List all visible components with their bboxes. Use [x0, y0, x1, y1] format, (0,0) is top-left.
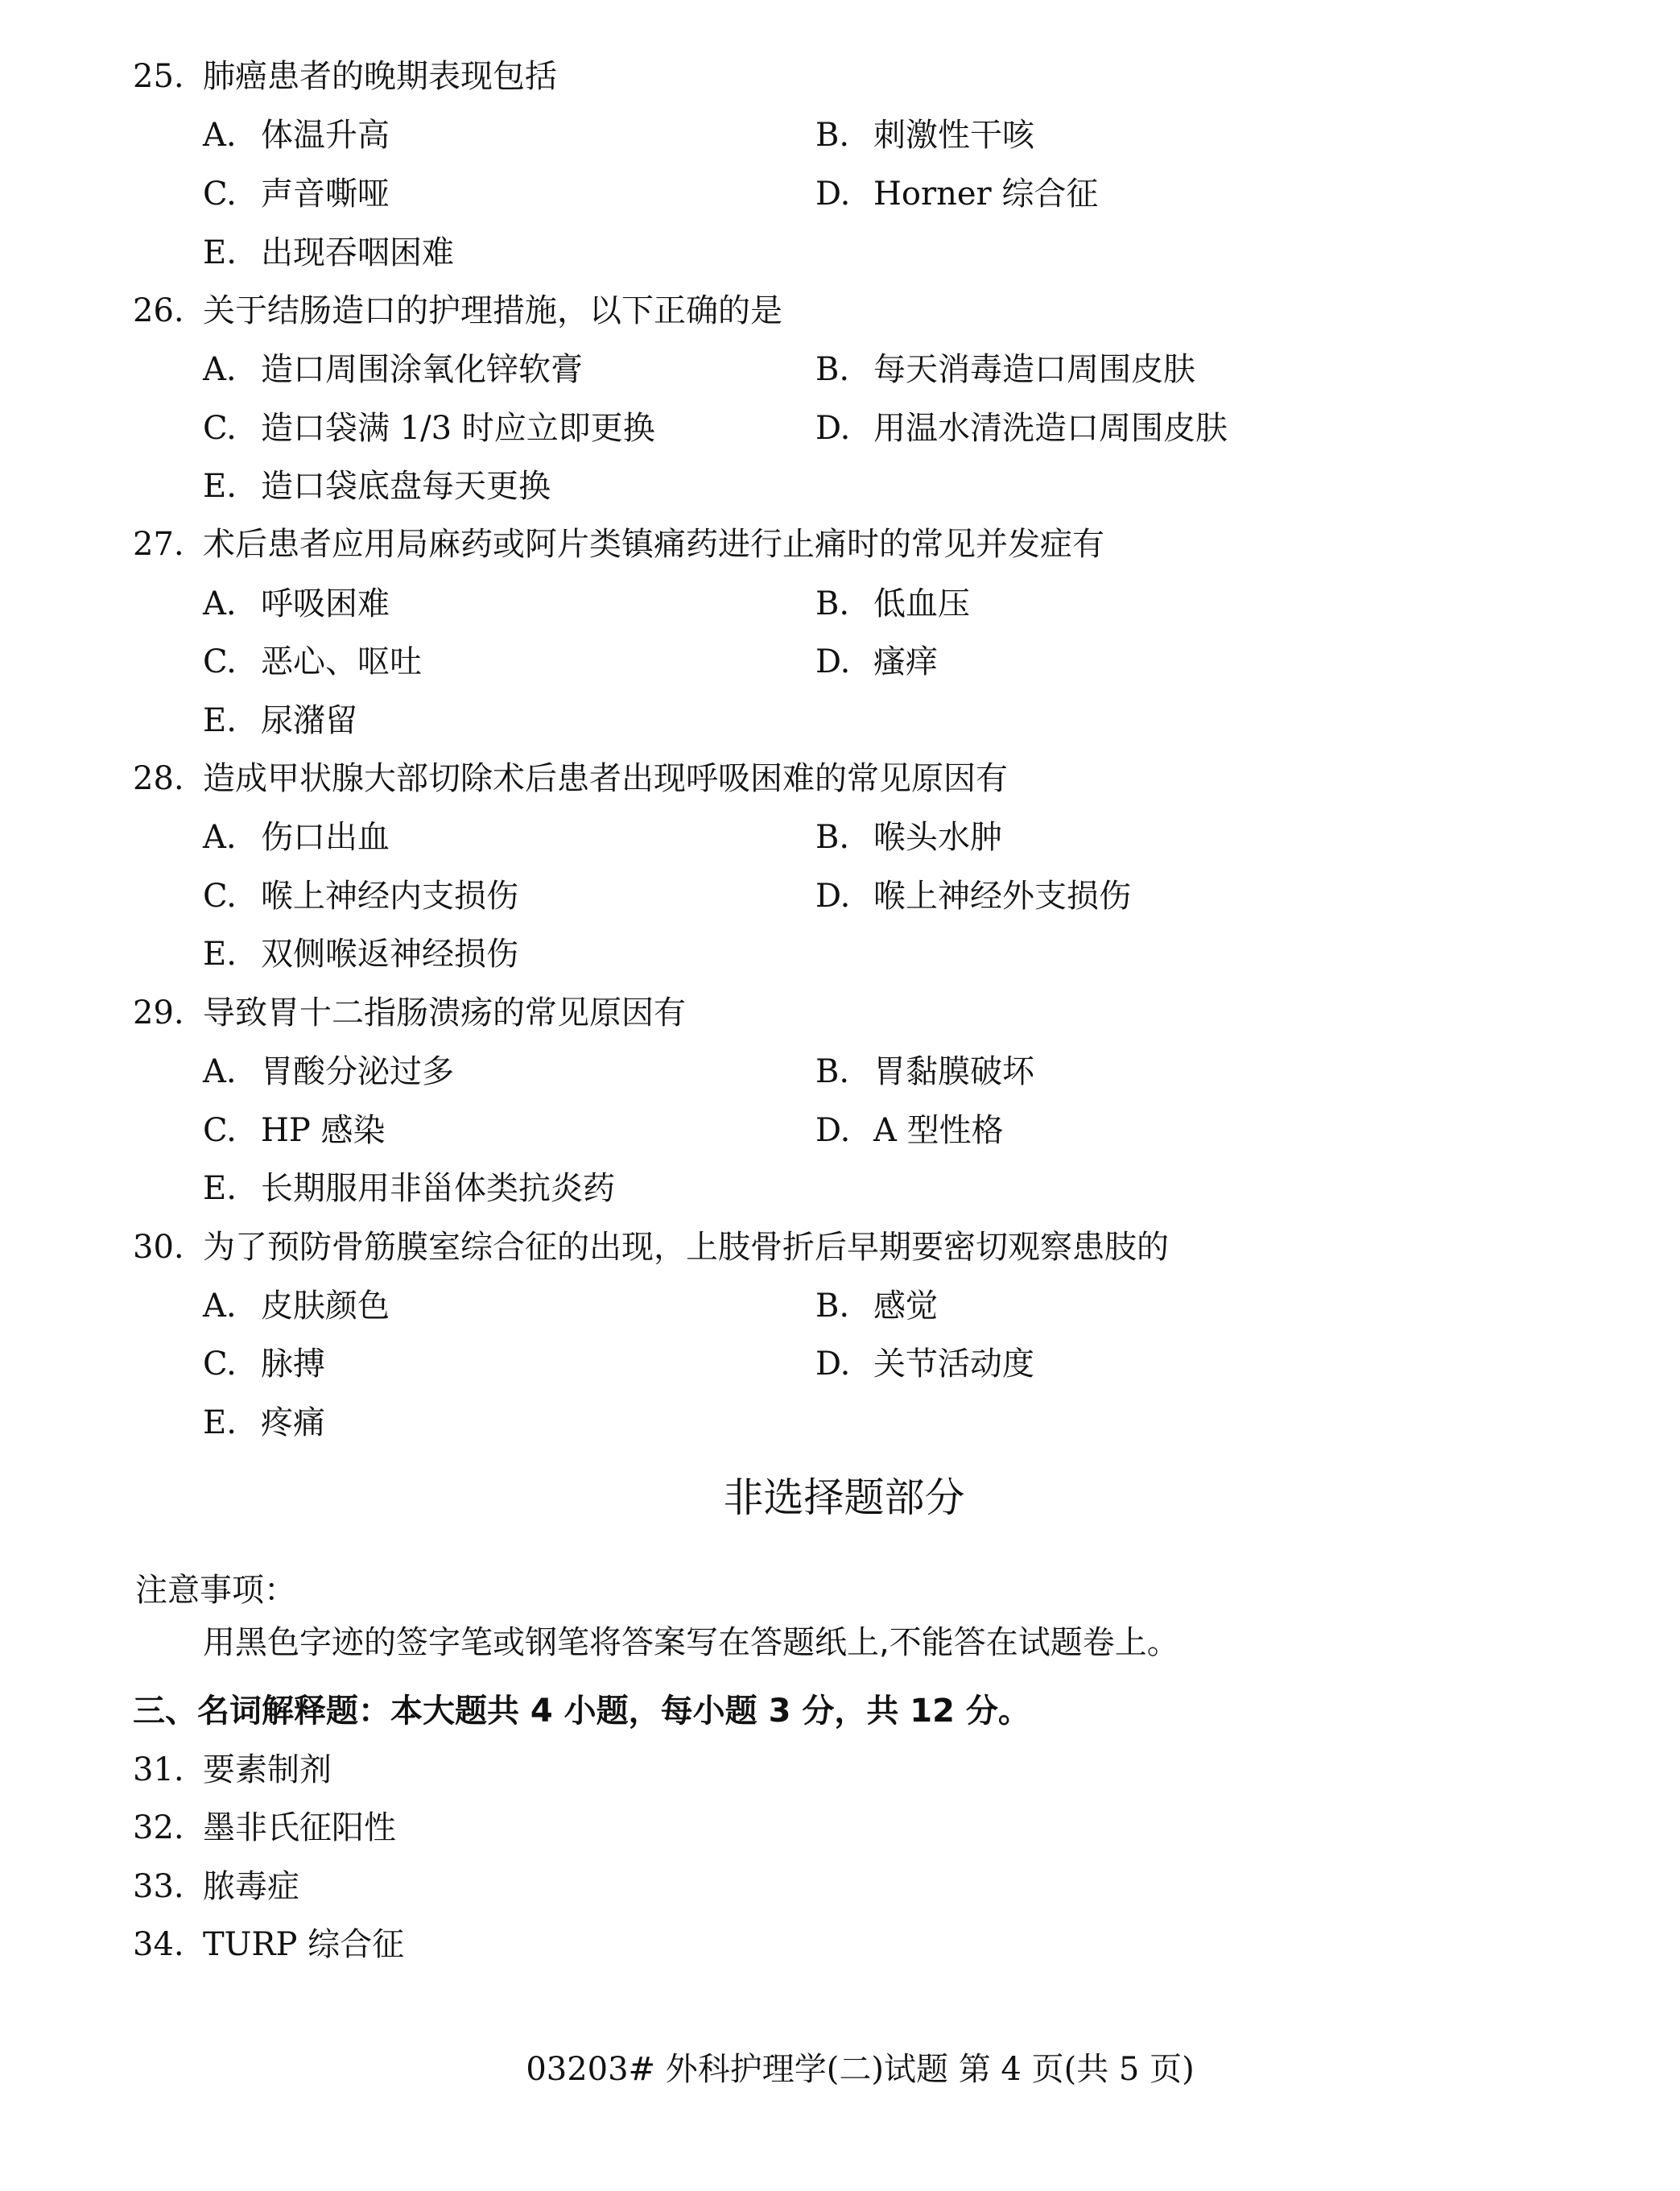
option-d: D.关节活动度 [815, 1344, 1034, 1384]
option-d: D.Horner 综合征 [815, 174, 1098, 214]
question-stem: 为了预防骨筋膜室综合征的出现，上肢骨折后早期要密切观察患肢的 [203, 1227, 1169, 1267]
option-a: A.造口周围涂氧化锌软膏 [203, 349, 583, 390]
option-letter: A. [203, 1052, 261, 1092]
option-letter: A. [203, 817, 261, 858]
option-text: 胃黏膜破坏 [873, 1053, 1034, 1090]
term-31: 31. 要素制剂 [0, 1750, 1680, 1790]
part-3-heading: 三、名词解释题：本大题共 4 小题，每小题 3 分，共 12 分。 [133, 1691, 1030, 1731]
question-number: 25. [133, 56, 184, 97]
option-text: 喉头水肿 [873, 819, 1002, 856]
option-text: 声音嘶哑 [261, 176, 390, 213]
question-number: 28. [133, 759, 184, 799]
question-26: 26. 关于结肠造口的护理措施，以下正确的是 [0, 291, 1680, 331]
option-b: B.胃黏膜破坏 [815, 1052, 1034, 1092]
question-stem: 肺癌患者的晚期表现包括 [203, 56, 557, 97]
question-stem: 造成甲状腺大部切除术后患者出现呼吸困难的常见原因有 [203, 759, 1008, 799]
option-text: Horner 综合征 [873, 176, 1098, 213]
option-text: 体温升高 [261, 117, 390, 154]
option-c: C.造口袋满 1/3 时应立即更换 [203, 408, 655, 449]
option-letter: B. [815, 349, 873, 390]
option-e: E.长期服用非甾体类抗炎药 [203, 1168, 615, 1209]
option-c: C.脉搏 [203, 1344, 325, 1384]
option-letter: D. [815, 876, 873, 916]
option-text: 造口袋满 1/3 时应立即更换 [261, 410, 655, 447]
option-text: 造口袋底盘每天更换 [261, 468, 551, 505]
option-letter: E. [203, 466, 261, 506]
option-text: 刺激性干咳 [873, 117, 1034, 154]
option-b: B.感觉 [815, 1286, 938, 1326]
question-stem: 导致胃十二指肠溃疡的常见原因有 [203, 993, 686, 1033]
option-letter: D. [815, 1344, 873, 1384]
option-e: E.尿潴留 [203, 701, 357, 741]
option-letter: C. [203, 408, 261, 449]
question-number: 31. [133, 1750, 184, 1790]
option-letter: A. [203, 1286, 261, 1326]
option-d: D.用温水清洗造口周围皮肤 [815, 408, 1228, 449]
question-number: 34. [133, 1924, 184, 1965]
option-b: B.刺激性干咳 [815, 115, 1034, 155]
option-letter: D. [815, 408, 873, 449]
option-text: 尿潴留 [261, 702, 357, 739]
option-text: 造口周围涂氧化锌软膏 [261, 351, 583, 388]
option-text: HP 感染 [261, 1112, 386, 1149]
term-33: 33. 脓毒症 [0, 1866, 1680, 1907]
question-27: 27. 术后患者应用局麻药或阿片类镇痛药进行止痛时的常见并发症有 [0, 524, 1680, 564]
option-text: 胃酸分泌过多 [261, 1053, 454, 1090]
option-c: C.HP 感染 [203, 1110, 386, 1151]
option-text: 脉搏 [261, 1346, 325, 1383]
option-letter: C. [203, 1110, 261, 1151]
question-number: 33. [133, 1866, 184, 1907]
option-letter: A. [203, 584, 261, 624]
notice-label: 注意事项： [135, 1570, 296, 1610]
option-text: 恶心、呕吐 [261, 643, 422, 680]
option-e: E.疼痛 [203, 1403, 325, 1443]
option-a: A.体温升高 [203, 115, 390, 155]
option-a: A.胃酸分泌过多 [203, 1052, 454, 1092]
question-number: 26. [133, 291, 184, 331]
option-letter: B. [815, 1052, 873, 1092]
term-text: 墨非氏征阳性 [203, 1808, 396, 1848]
option-letter: D. [815, 1110, 873, 1151]
option-b: B.低血压 [815, 584, 970, 624]
option-e: E.出现吞咽困难 [203, 233, 454, 273]
option-letter: D. [815, 642, 873, 682]
option-letter: E. [203, 1168, 261, 1209]
question-number: 32. [133, 1808, 184, 1848]
term-32: 32. 墨非氏征阳性 [0, 1808, 1680, 1848]
option-text: 用温水清洗造口周围皮肤 [873, 410, 1228, 447]
option-c: C.喉上神经内支损伤 [203, 876, 518, 916]
option-letter: E. [203, 701, 261, 741]
option-text: 出现吞咽困难 [261, 234, 454, 271]
option-letter: E. [203, 233, 261, 273]
question-number: 27. [133, 524, 184, 564]
term-text: 脓毒症 [203, 1866, 299, 1907]
option-text: A 型性格 [873, 1112, 1004, 1149]
question-25: 25. 肺癌患者的晚期表现包括 [0, 56, 1680, 97]
option-text: 低血压 [873, 585, 970, 622]
option-d: D.喉上神经外支损伤 [815, 876, 1131, 916]
option-letter: E. [203, 1403, 261, 1443]
option-letter: E. [203, 934, 261, 974]
option-text: 喉上神经外支损伤 [873, 878, 1131, 915]
option-e: E.双侧喉返神经损伤 [203, 934, 518, 974]
option-a: A.呼吸困难 [203, 584, 390, 624]
option-a: A.伤口出血 [203, 817, 390, 858]
option-text: 疼痛 [261, 1404, 325, 1441]
option-text: 长期服用非甾体类抗炎药 [261, 1170, 615, 1207]
section-title: 非选择题部分 [0, 1474, 1680, 1522]
option-text: 皮肤颜色 [261, 1288, 390, 1325]
option-letter: A. [203, 349, 261, 390]
option-e: E.造口袋底盘每天更换 [203, 466, 551, 506]
option-letter: C. [203, 642, 261, 682]
question-stem: 术后患者应用局麻药或阿片类镇痛药进行止痛时的常见并发症有 [203, 524, 1104, 564]
option-d: D.瘙痒 [815, 642, 938, 682]
option-text: 每天消毒造口周围皮肤 [873, 351, 1195, 388]
option-b: B.喉头水肿 [815, 817, 1002, 858]
question-29: 29. 导致胃十二指肠溃疡的常见原因有 [0, 993, 1680, 1033]
option-d: D.A 型性格 [815, 1110, 1004, 1151]
option-letter: B. [815, 115, 873, 155]
option-letter: C. [203, 174, 261, 214]
option-text: 瘙痒 [873, 643, 938, 680]
option-letter: B. [815, 1286, 873, 1326]
option-text: 呼吸困难 [261, 585, 390, 622]
option-text: 喉上神经内支损伤 [261, 878, 518, 915]
option-c: C.恶心、呕吐 [203, 642, 422, 682]
page-footer: 03203# 外科护理学(二)试题 第 4 页(共 5 页) [0, 2049, 1680, 2090]
term-text: 要素制剂 [203, 1750, 332, 1790]
option-text: 伤口出血 [261, 819, 390, 856]
term-text: TURP 综合征 [203, 1924, 404, 1965]
option-text: 感觉 [873, 1288, 938, 1325]
question-number: 30. [133, 1227, 184, 1267]
option-letter: A. [203, 115, 261, 155]
question-28: 28. 造成甲状腺大部切除术后患者出现呼吸困难的常见原因有 [0, 759, 1680, 799]
option-text: 双侧喉返神经损伤 [261, 936, 518, 973]
option-letter: D. [815, 174, 873, 214]
option-text: 关节活动度 [873, 1346, 1034, 1383]
option-a: A.皮肤颜色 [203, 1286, 390, 1326]
notice-text: 用黑色字迹的签字笔或钢笔将答案写在答题纸上,不能答在试题卷上。 [203, 1623, 1179, 1663]
term-34: 34. TURP 综合征 [0, 1924, 1680, 1965]
option-b: B.每天消毒造口周围皮肤 [815, 349, 1195, 390]
option-letter: C. [203, 1344, 261, 1384]
question-30: 30. 为了预防骨筋膜室综合征的出现，上肢骨折后早期要密切观察患肢的 [0, 1227, 1680, 1267]
question-number: 29. [133, 993, 184, 1033]
option-letter: C. [203, 876, 261, 916]
question-stem: 关于结肠造口的护理措施，以下正确的是 [203, 291, 782, 331]
option-letter: B. [815, 584, 873, 624]
option-c: C.声音嘶哑 [203, 174, 390, 214]
option-letter: B. [815, 817, 873, 858]
